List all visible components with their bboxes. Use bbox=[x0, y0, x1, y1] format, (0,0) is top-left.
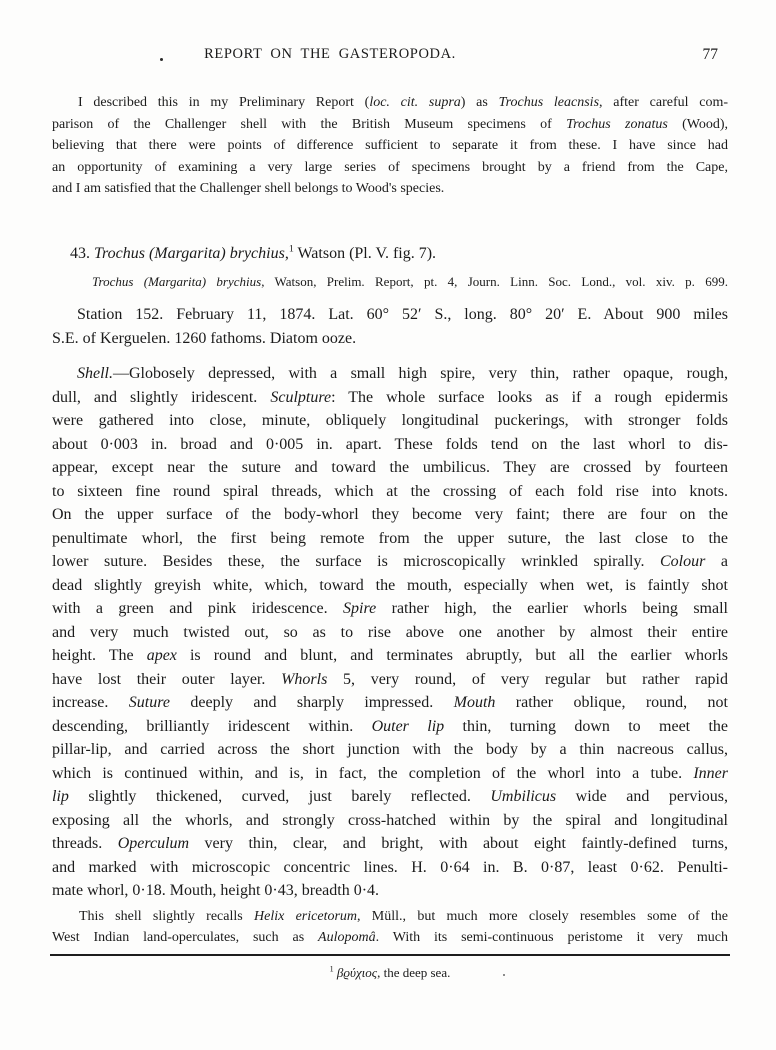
intro-paragraph: I described this in my Preliminary Repor… bbox=[52, 92, 728, 200]
description-line: were gathered into close, minute, obliqu… bbox=[52, 409, 728, 433]
description-paragraph: Shell.—Globosely depressed, with a small… bbox=[52, 362, 728, 903]
description-line: Shell.—Globosely depressed, with a small… bbox=[52, 362, 728, 386]
description-line: increase. Suture deeply and sharply impr… bbox=[52, 691, 728, 715]
station-paragraph: Station 152. February 11, 1874. Lat. 60°… bbox=[52, 303, 728, 350]
description-line: lower suture. Besides these, the surface… bbox=[52, 550, 728, 574]
description-line: appear, except near the suture and towar… bbox=[52, 456, 728, 480]
description-line: lip slightly thickened, curved, just bar… bbox=[52, 785, 728, 809]
intro-line: believing that there were points of diff… bbox=[52, 135, 728, 157]
description-line: to sixteen fine round spiral threads, wh… bbox=[52, 480, 728, 504]
description-line: On the upper surface of the body-whorl t… bbox=[52, 503, 728, 527]
footnote: 1 βϱύχιος, the deep sea. bbox=[52, 965, 728, 981]
species-citation: Trochus (Margarita) brychius, Watson, Pr… bbox=[92, 273, 728, 290]
description-line: descending, brilliantly iridescent withi… bbox=[52, 715, 728, 739]
page-number: 77 bbox=[703, 46, 719, 64]
description-line: about 0·003 in. broad and 0·005 in. apar… bbox=[52, 433, 728, 457]
closing-line: This shell slightly recalls Helix ericet… bbox=[52, 907, 728, 928]
page-title: REPORT ON THE GASTEROPODA. bbox=[0, 46, 660, 63]
station-line: Station 152. February 11, 1874. Lat. 60°… bbox=[52, 303, 728, 327]
description-line: dull, and slightly iridescent. Sculpture… bbox=[52, 386, 728, 410]
description-line: threads. Operculum very thin, clear, and… bbox=[52, 832, 728, 856]
description-line: and very much twisted out, so as to rise… bbox=[52, 621, 728, 645]
description-line: dead slightly greyish white, which, towa… bbox=[52, 574, 728, 598]
intro-line: I described this in my Preliminary Repor… bbox=[52, 92, 728, 114]
closing-paragraph: This shell slightly recalls Helix ericet… bbox=[52, 907, 728, 948]
description-line: pillar-lip, and carried across the short… bbox=[52, 738, 728, 762]
description-line: height. The apex is round and blunt, and… bbox=[52, 644, 728, 668]
footnote-rule bbox=[50, 954, 730, 956]
intro-line: parison of the Challenger shell with the… bbox=[52, 114, 728, 136]
description-line: exposing all the whorls, and strongly cr… bbox=[52, 809, 728, 833]
description-line: and marked with microscopic concentric l… bbox=[52, 856, 728, 880]
running-header: REPORT ON THE GASTEROPODA. 77 bbox=[0, 46, 776, 68]
intro-line: an opportunity of examining a very large… bbox=[52, 157, 728, 179]
species-heading: 43. Trochus (Margarita) brychius,1 Watso… bbox=[52, 243, 728, 264]
station-line: S.E. of Kerguelen. 1260 fathoms. Diatom … bbox=[52, 327, 728, 351]
scanned-page: REPORT ON THE GASTEROPODA. 77 I describe… bbox=[0, 0, 776, 1050]
description-line: which is continued within, and is, in fa… bbox=[52, 762, 728, 786]
description-line: have lost their outer layer. Whorls 5, v… bbox=[52, 668, 728, 692]
closing-line: West Indian land-operculates, such as Au… bbox=[52, 928, 728, 949]
intro-line: and I am satisfied that the Challenger s… bbox=[52, 178, 728, 200]
description-line: with a green and pink iridescence. Spire… bbox=[52, 597, 728, 621]
description-line: penultimate whorl, the first being remot… bbox=[52, 527, 728, 551]
description-line: mate whorl, 0·18. Mouth, height 0·43, br… bbox=[52, 879, 728, 903]
scan-speck bbox=[503, 974, 505, 976]
